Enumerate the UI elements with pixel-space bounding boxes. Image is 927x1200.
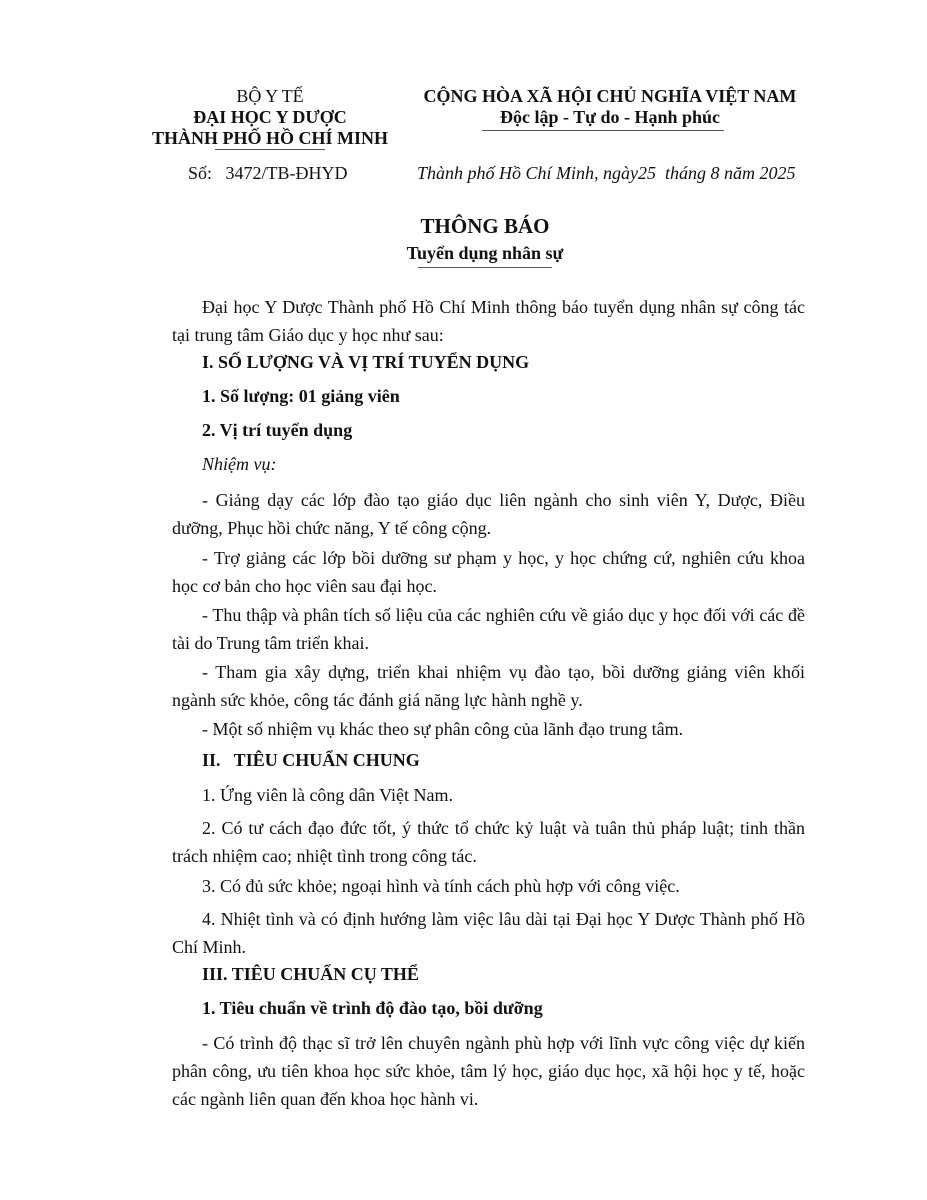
university-name-line2: THÀNH PHỐ HỒ CHÍ MINH (150, 128, 390, 148)
university-name-line1: ĐẠI HỌC Y DƯỢC (150, 107, 390, 127)
general-criteria-item: 4. Nhiệt tình và có định hướng làm việc … (172, 905, 805, 961)
training-criteria-item: - Có trình độ thạc sĩ trở lên chuyên ngà… (172, 1029, 805, 1113)
subtitle-underline (418, 267, 552, 268)
duty-item: - Thu thập và phân tích số liệu của các … (172, 601, 805, 657)
general-criteria-item: 3. Có đủ sức khỏe; ngoại hình và tính cá… (172, 872, 805, 900)
motto-underline (482, 130, 724, 131)
document-subtitle: Tuyển dụng nhân sự (0, 243, 927, 264)
section2-heading: II. TIÊU CHUẨN CHUNG (202, 750, 420, 771)
duty-item: - Tham gia xây dựng, triển khai nhiệm vụ… (172, 658, 805, 714)
header-left-underline (215, 149, 325, 150)
training-criteria-heading: 1. Tiêu chuẩn về trình độ đào tạo, bồi d… (202, 998, 543, 1019)
national-title: CỘNG HÒA XÃ HỘI CHỦ NGHĨA VIỆT NAM (400, 86, 820, 106)
duty-item: - Trợ giảng các lớp bồi dưỡng sư phạm y … (172, 544, 805, 600)
duties-label: Nhiệm vụ: (202, 454, 276, 475)
motto: Độc lập - Tự do - Hạnh phúc (400, 107, 820, 127)
ministry-name: BỘ Y TẾ (150, 86, 390, 106)
duty-item: - Giảng dạy các lớp đào tạo giáo dục liê… (172, 486, 805, 542)
intro-paragraph: Đại học Y Dược Thành phố Hồ Chí Minh thô… (172, 293, 805, 349)
duty-item: - Một số nhiệm vụ khác theo sự phân công… (172, 715, 805, 743)
section1-heading: I. SỐ LƯỢNG VÀ VỊ TRÍ TUYỂN DỤNG (202, 352, 529, 373)
general-criteria-item: 1. Ứng viên là công dân Việt Nam. (172, 781, 805, 809)
document-number: Số: 3472/TB-ĐHYD (188, 163, 348, 184)
place-date: Thành phố Hồ Chí Minh, ngày25 tháng 8 nă… (417, 163, 796, 184)
quantity-heading: 1. Số lượng: 01 giảng viên (202, 386, 400, 407)
document-title: THÔNG BÁO (0, 214, 927, 239)
position-heading: 2. Vị trí tuyển dụng (202, 420, 352, 441)
section3-heading: III. TIÊU CHUẨN CỤ THỂ (202, 964, 419, 985)
general-criteria-item: 2. Có tư cách đạo đức tốt, ý thức tổ chứ… (172, 814, 805, 870)
